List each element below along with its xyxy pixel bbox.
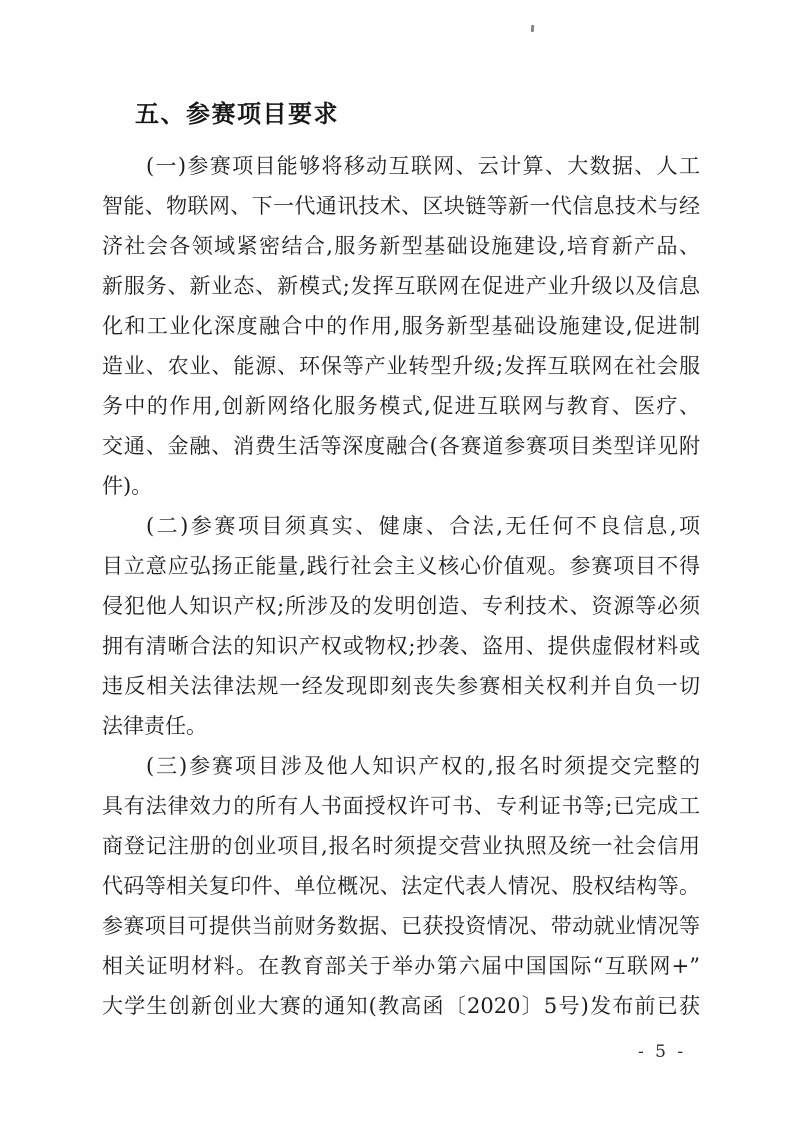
text-line: 化和工业化深度融合中的作用,服务新型基础设施建设,促进制	[102, 306, 700, 346]
text-line: 智能、物联网、下一代通讯技术、区块链等新一代信息技术与经	[102, 186, 700, 226]
text-line: 新服务、新业态、新模式;发挥互联网在促进产业升级以及信息	[102, 266, 700, 306]
text-line: 交通、金融、消费生活等深度融合(各赛道参赛项目类型详见附	[102, 426, 700, 466]
text-line: 相关证明材料。在教育部关于举办第六届中国国际“互联网+”	[102, 946, 700, 986]
text-line: 拥有清晰合法的知识产权或物权;抄袭、盗用、提供虚假材料或	[102, 626, 700, 666]
scan-artifact	[531, 25, 534, 32]
text-line: 造业、农业、能源、环保等产业转型升级;发挥互联网在社会服	[102, 346, 700, 386]
text-line: 务中的作用,创新网络化服务模式,促进互联网与教育、医疗、	[102, 386, 700, 426]
text-line: 大学生创新创业大赛的通知(教高函〔2020〕5号)发布前已获	[102, 986, 700, 1026]
text-line: 法律责任。	[102, 706, 700, 746]
text-line: (一)参赛项目能够将移动互联网、云计算、大数据、人工	[102, 146, 700, 186]
text-line: (二)参赛项目须真实、健康、合法,无任何不良信息,项	[102, 506, 700, 546]
text-line: 目立意应弘扬正能量,践行社会主义核心价值观。参赛项目不得	[102, 546, 700, 586]
text-line: 参赛项目可提供当前财务数据、已获投资情况、带动就业情况等	[102, 906, 700, 946]
page-content: 五、参赛项目要求 (一)参赛项目能够将移动互联网、云计算、大数据、人工智能、物联…	[102, 99, 700, 1026]
text-line: 济社会各领域紧密结合,服务新型基础设施建设,培育新产品、	[102, 226, 700, 266]
text-line: 违反相关法律法规一经发现即刻丧失参赛相关权利并自负一切	[102, 666, 700, 706]
text-line: 件)。	[102, 466, 700, 506]
body-text: (一)参赛项目能够将移动互联网、云计算、大数据、人工智能、物联网、下一代通讯技术…	[102, 146, 700, 1026]
text-line: 具有法律效力的所有人书面授权许可书、专利证书等;已完成工	[102, 786, 700, 826]
text-line: 代码等相关复印件、单位概况、法定代表人情况、股权结构等。	[102, 866, 700, 906]
text-line: (三)参赛项目涉及他人知识产权的,报名时须提交完整的	[102, 746, 700, 786]
page-number: - 5 -	[638, 1042, 686, 1062]
text-line: 侵犯他人知识产权;所涉及的发明创造、专利技术、资源等必须	[102, 586, 700, 626]
section-heading: 五、参赛项目要求	[135, 99, 700, 146]
document-page: 五、参赛项目要求 (一)参赛项目能够将移动互联网、云计算、大数据、人工智能、物联…	[0, 0, 799, 1130]
text-line: 商登记注册的创业项目,报名时须提交营业执照及统一社会信用	[102, 826, 700, 866]
